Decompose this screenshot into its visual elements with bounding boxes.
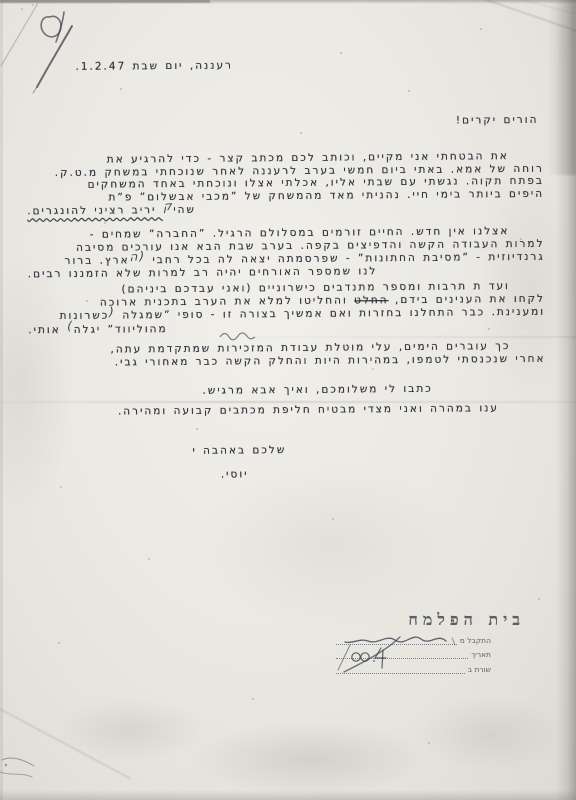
typed-text: לקחו את הענינים בידם, (389, 292, 545, 305)
strikethrough-word: החלט (354, 294, 389, 306)
typed-text: מהוליווד” יגלה (74, 323, 168, 336)
stamp-label: התקבל מ (460, 636, 491, 645)
salutation: הורים יקרים! (456, 114, 539, 127)
paragraph-4: כך עוברים הימים, עלי מוטלת עבודת המזכירו… (28, 340, 545, 370)
typed-text: ארץ. ברור (64, 255, 129, 268)
signature: יוסי. (221, 468, 249, 481)
dotted-leader (336, 636, 457, 645)
stamp-title: בית הפלמח (333, 610, 547, 630)
signoff: שלכם באהבה י (192, 444, 286, 457)
paragraph-2: אצלנו אין חדש. החיים זורמים במסלולם הרגי… (27, 225, 544, 281)
typed-text: אותי. (28, 324, 67, 336)
handwritten-insert: ( (109, 305, 116, 318)
stamp-label: תאריך (471, 650, 491, 659)
stamp-row-date: תאריך (333, 645, 547, 660)
handwritten-insert: ) (67, 319, 74, 332)
dotted-leader (336, 665, 465, 674)
dateline: רעננה, יום שבת 1.2.47. (75, 59, 233, 73)
closing-line-2: ענו במהרה ואני מצדי מבטיח חליפת מכתבים ק… (118, 402, 499, 418)
scanned-letter-page: רעננה, יום שבת 1.2.47. הורים יקרים! את ה… (0, 0, 576, 800)
stamp-label: שורת ב (468, 665, 491, 674)
stamp-row-line: שורת ב (333, 659, 547, 674)
dotted-leader (336, 650, 468, 659)
stamp-row-received-from: התקבל מ (333, 630, 547, 645)
palmach-stamp: בית הפלמח התקבל מ תאריך שורת ב (333, 610, 547, 690)
typed-text: שהי (173, 204, 196, 216)
paragraph-1: את הבטחתי אני מקיים, וכותב לכם מכתב קצר … (27, 150, 545, 218)
handwritten-insert: (ה (129, 249, 146, 264)
closing-line-1: כתבו לי משלומכם, ואיך אבא מרגיש. (202, 383, 432, 398)
wavy-underlined-phrase: יריב רציני להונגרים. (27, 204, 163, 217)
handwritten-insert: ק (163, 200, 174, 214)
paragraph-3: ועד ת תרבות ומספר מתנדבים כישרוניים (ואנ… (28, 280, 545, 337)
